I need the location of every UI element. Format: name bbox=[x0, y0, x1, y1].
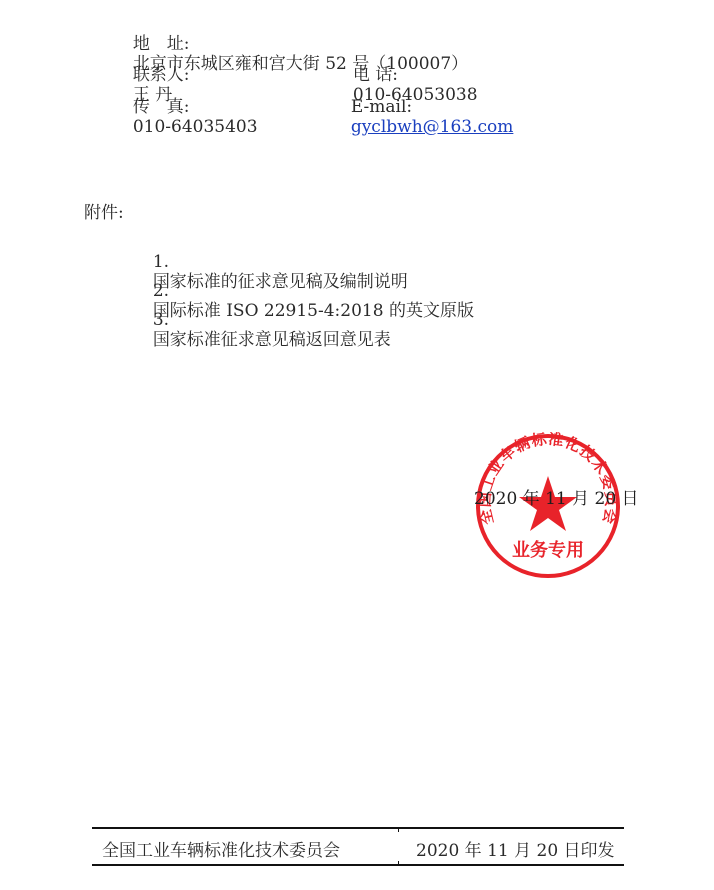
signature-date: 2020 年 11 月 20 日 bbox=[474, 484, 639, 509]
footer-top-rule bbox=[92, 827, 624, 829]
footer-issue-date: 2020 年 11 月 20 日印发 bbox=[416, 836, 615, 861]
attachments-heading: 附件: bbox=[84, 203, 124, 223]
fax-value: 010-64035403 bbox=[133, 117, 258, 137]
attachment-item: 3. 国家标准征求意见稿返回意见表 bbox=[142, 290, 391, 350]
email-link[interactable]: gyclbwh@163.com bbox=[351, 117, 514, 137]
footer-divider-tick bbox=[398, 829, 399, 832]
attachment-number: 3. bbox=[153, 310, 169, 330]
footer-bottom-rule bbox=[92, 864, 624, 866]
fax-line: 传 真: 010-64035403 bbox=[122, 77, 258, 137]
fax-label: 传 真: bbox=[133, 97, 190, 117]
email-line: E-mail: gyclbwh@163.com bbox=[340, 77, 513, 137]
seal-bottom-text: 业务专用 bbox=[512, 539, 584, 561]
email-label: E-mail: bbox=[351, 97, 412, 117]
attachment-text: 国家标准征求意见稿返回意见表 bbox=[153, 330, 391, 350]
footer-issuer: 全国工业车辆标准化技术委员会 bbox=[102, 836, 340, 861]
